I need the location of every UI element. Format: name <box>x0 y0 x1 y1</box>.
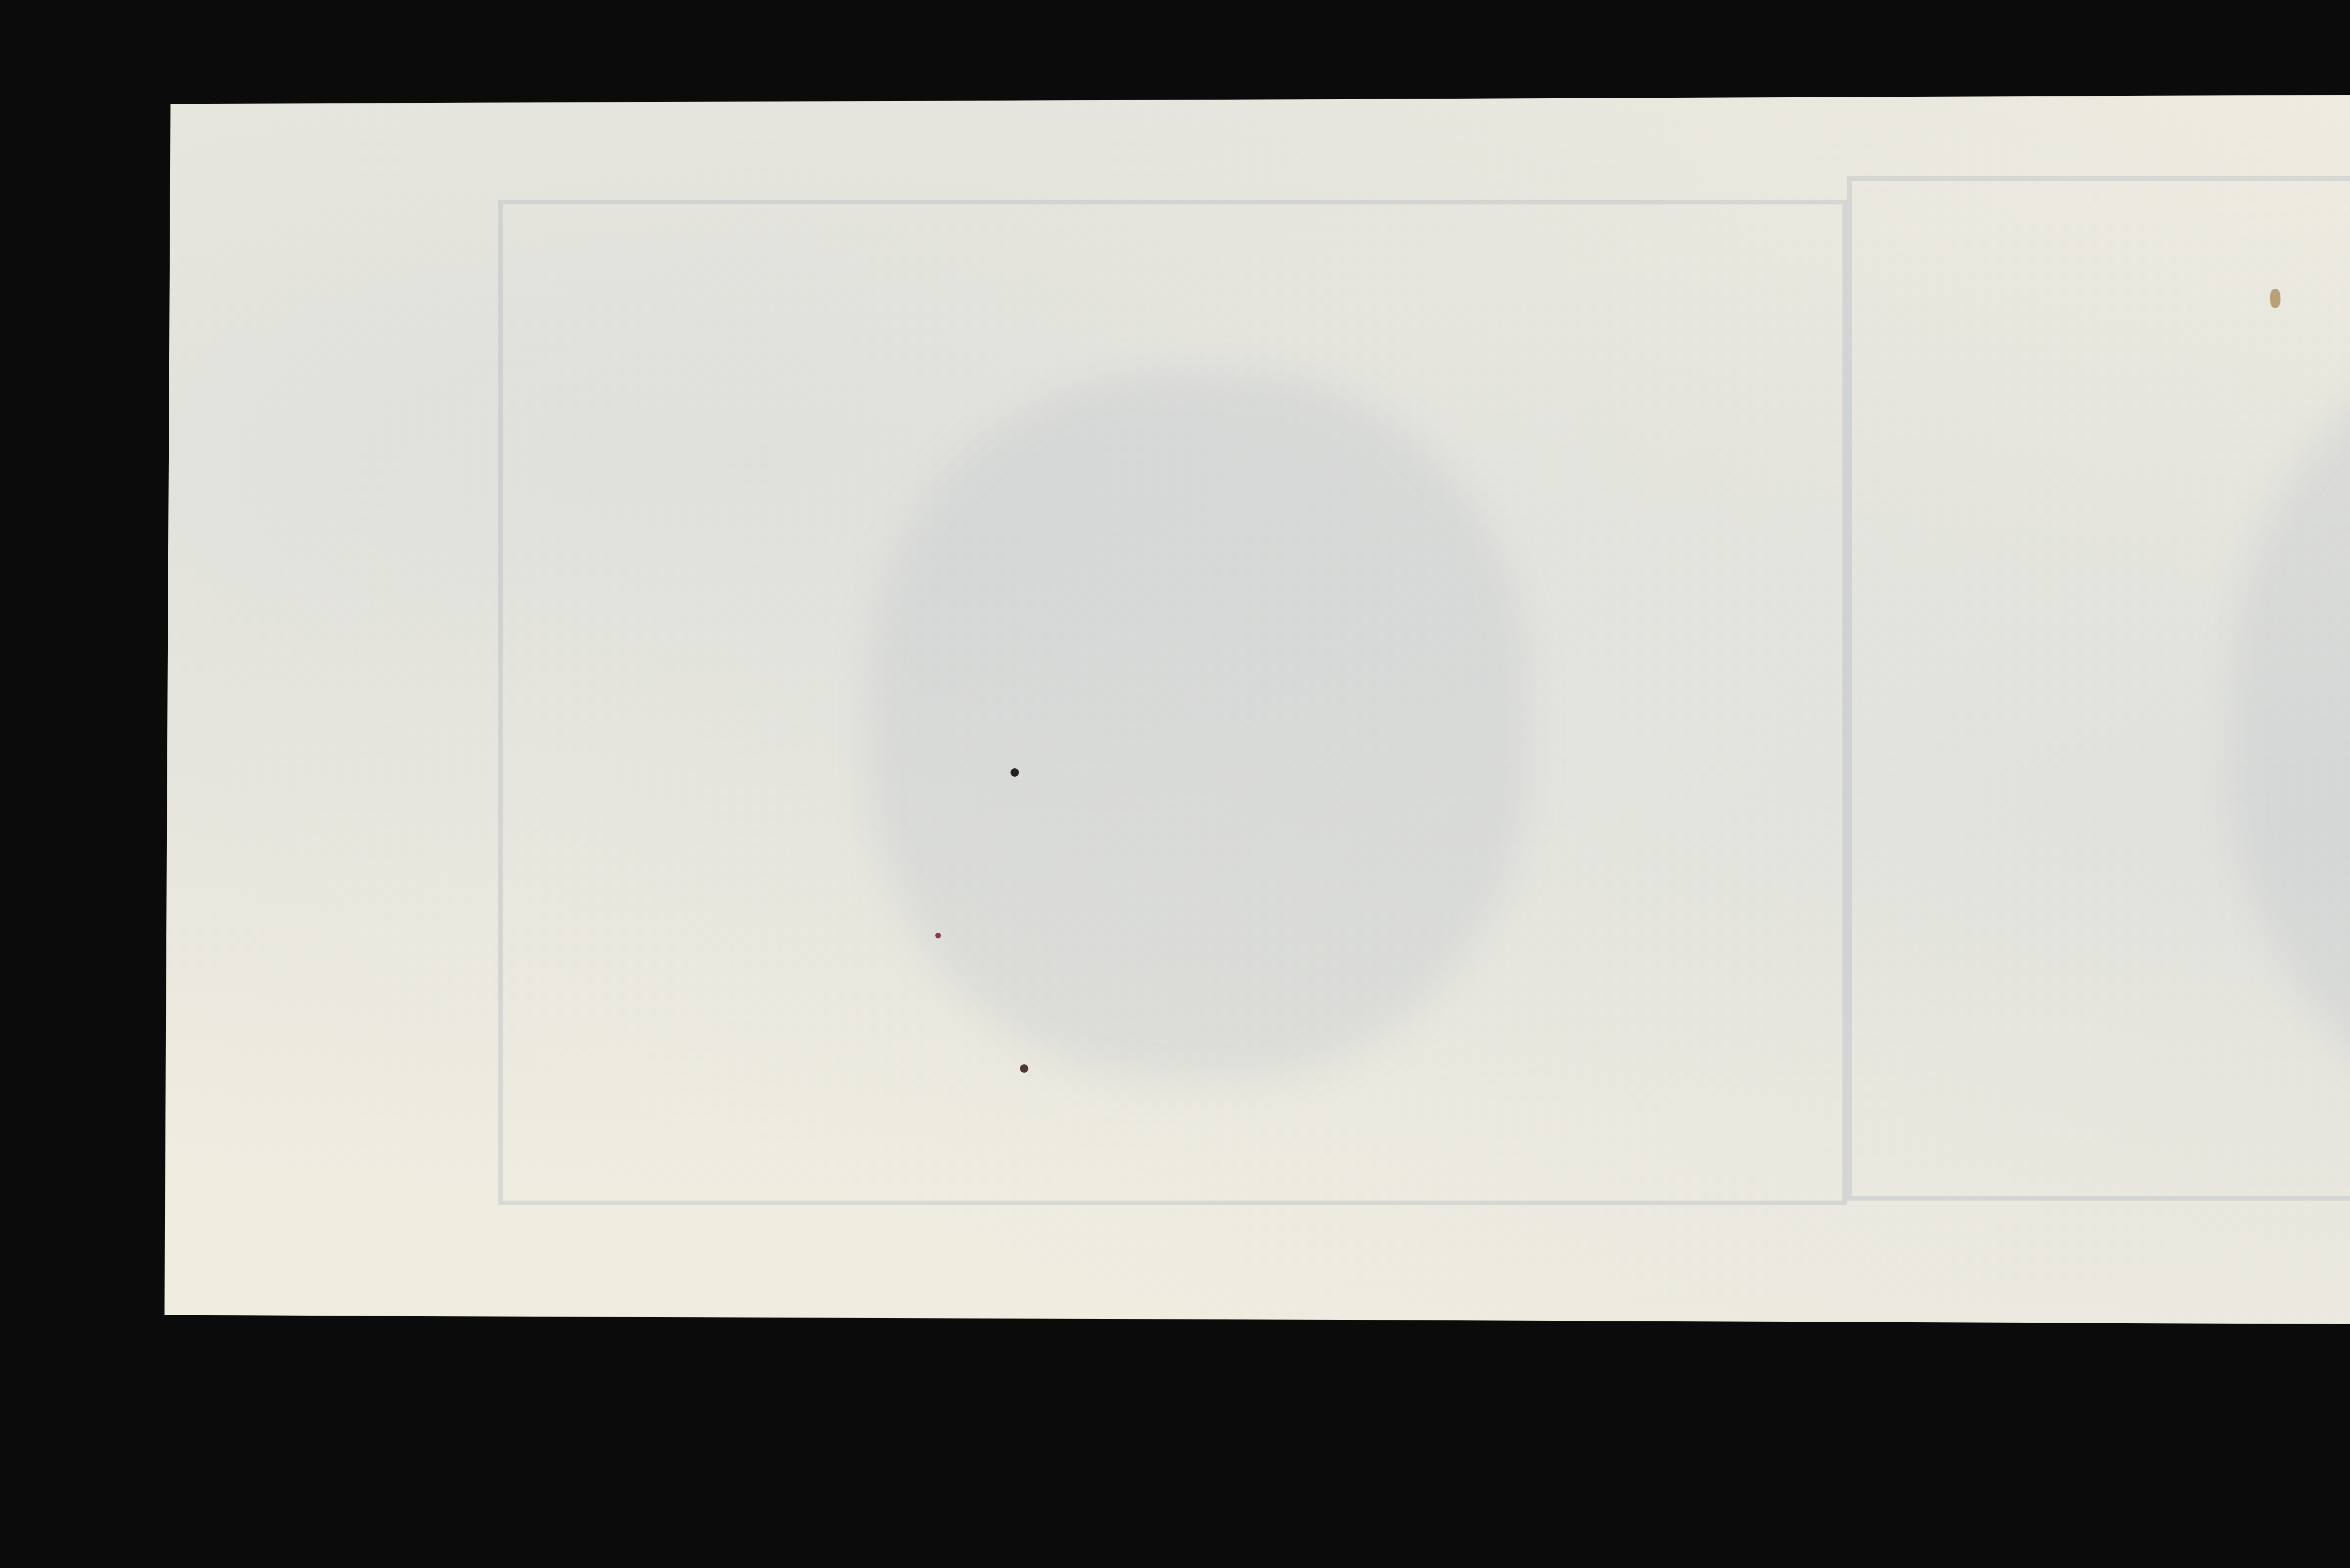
stamp-pair-reverse <box>164 92 2350 1327</box>
speck <box>1020 1064 1028 1073</box>
speck <box>2270 289 2280 308</box>
speck <box>1010 768 1019 777</box>
left-stamp-design-showthrough <box>869 374 1527 1078</box>
speck <box>935 933 941 938</box>
